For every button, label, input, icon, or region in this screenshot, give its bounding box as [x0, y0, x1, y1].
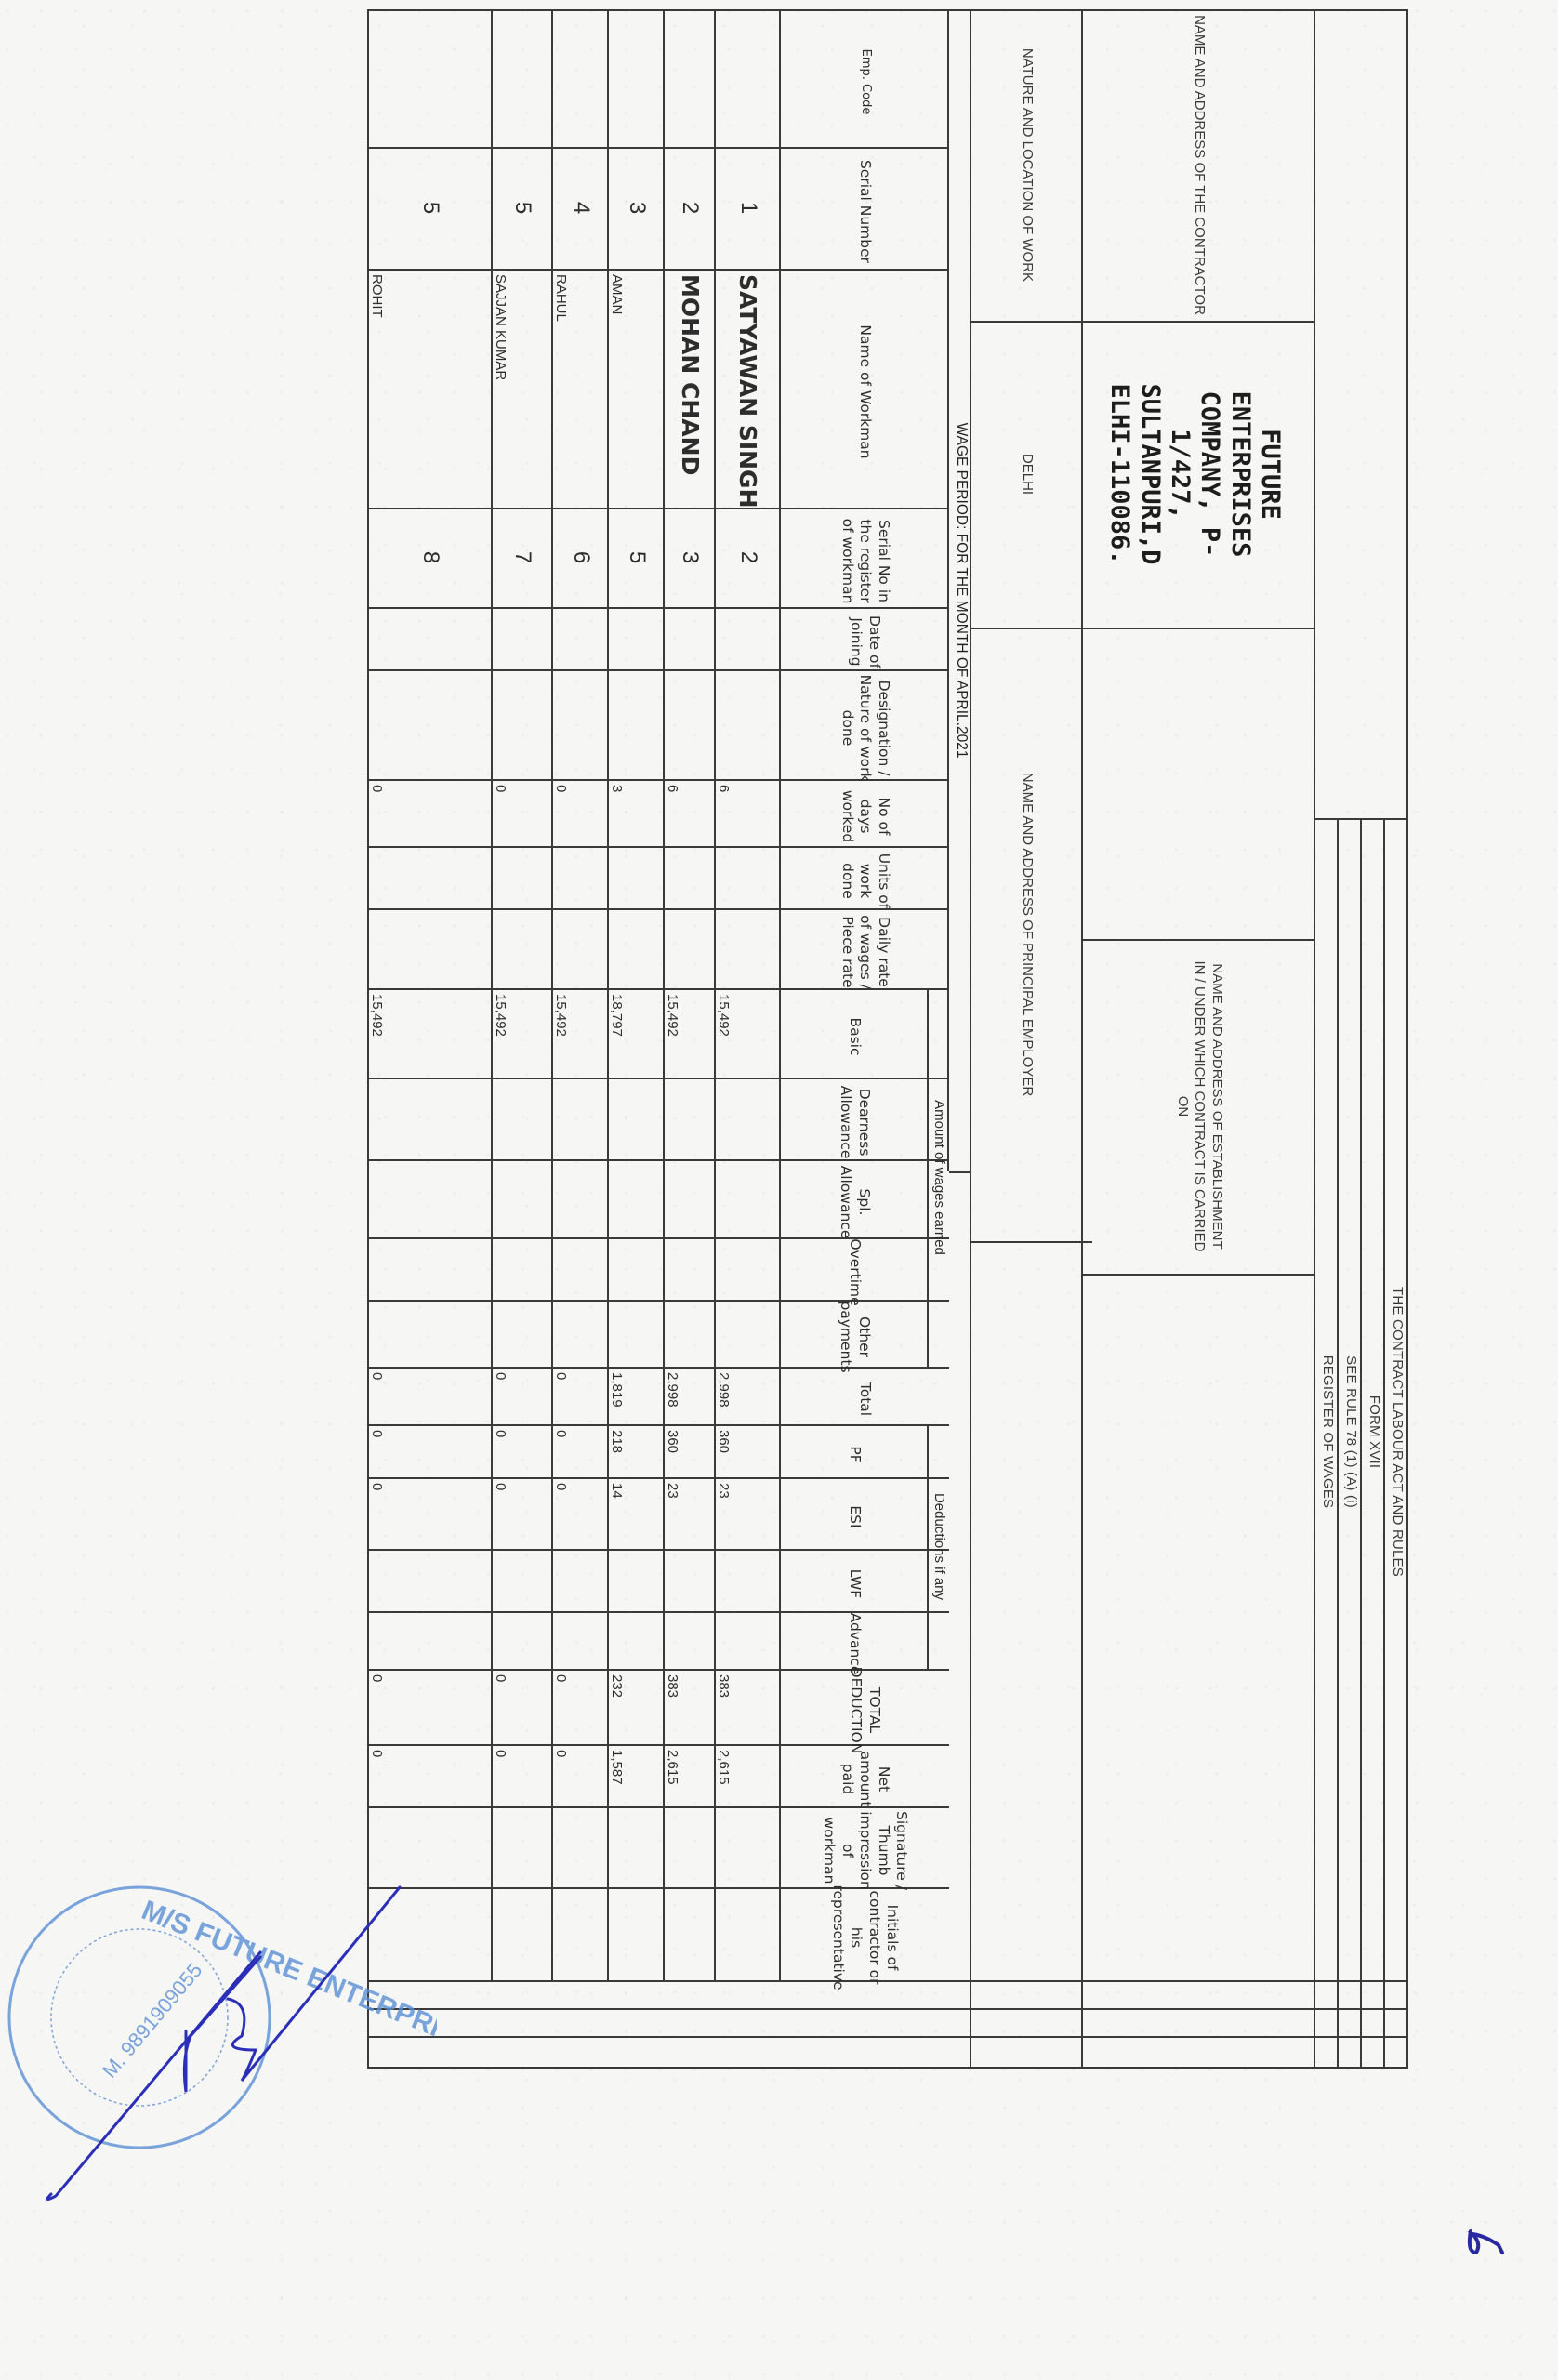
column-header-units: Units of work done	[781, 846, 949, 916]
nature-of-work-label: NATURE AND LOCATION OF WORK	[971, 9, 1083, 321]
table-cell-total: 1,819	[605, 1367, 665, 1430]
table-cell-units	[712, 846, 781, 914]
table-cell-register-serial: 3	[665, 508, 716, 607]
table-cell-doj	[661, 607, 716, 675]
table-cell-net: 1,587	[605, 1744, 665, 1812]
table-cell-da	[605, 1078, 665, 1165]
table-cell-advance	[549, 1611, 609, 1674]
table-cell-pf: 0	[489, 1424, 553, 1483]
column-header-total: Total	[781, 1367, 949, 1432]
table-cell-pf: 0	[549, 1424, 609, 1483]
table-cell-da	[489, 1078, 553, 1165]
grid-line	[1314, 9, 1315, 818]
table-cell-initials	[605, 1887, 665, 1986]
table-cell-lwf	[605, 1549, 665, 1617]
grid-line	[1337, 818, 1339, 2069]
grid-line	[971, 1241, 1092, 1243]
table-cell-emp-code	[489, 9, 553, 152]
table-cell-register-serial: 6	[553, 508, 609, 607]
establishment-value	[1083, 1274, 1315, 2069]
grid-line	[1314, 818, 1315, 2069]
table-cell-other	[489, 1300, 553, 1372]
table-cell-pf: 360	[661, 1424, 716, 1483]
table-cell-units	[549, 846, 609, 914]
table-cell-net: 0	[549, 1744, 609, 1812]
table-cell-esi: 0	[365, 1477, 493, 1554]
table-cell-name: SATYAWAN SINGH	[716, 269, 781, 513]
table-cell-other	[712, 1300, 781, 1372]
column-header-doj: Date of Joining	[781, 607, 949, 677]
table-cell-ot	[489, 1237, 553, 1305]
table-cell-doj	[365, 607, 493, 675]
table-cell-serial: 2	[665, 147, 716, 269]
table-cell-basic: 15,492	[365, 988, 493, 1083]
contractor-label: NAME AND ADDRESS OF THE CONTRACTOR	[1083, 9, 1315, 321]
table-cell-ot	[661, 1237, 716, 1305]
table-cell-emp-code	[549, 9, 609, 152]
table-cell-other	[365, 1300, 493, 1372]
table-cell-total-deduction: 0	[365, 1669, 493, 1750]
grid-line	[1081, 9, 1083, 2069]
table-cell-initials	[712, 1887, 781, 1986]
table-cell-doj	[489, 607, 553, 675]
table-cell-initials	[549, 1887, 609, 1986]
column-header-rate: Daily rate of wages / Piece rate	[781, 908, 949, 996]
table-cell-rate	[712, 908, 781, 994]
table-cell-days: 0	[549, 779, 609, 852]
table-cell-serial: 1	[716, 147, 781, 269]
table-cell-total-deduction: 383	[712, 1669, 781, 1750]
table-cell-advance	[605, 1611, 665, 1674]
table-cell-signature	[489, 1806, 553, 1893]
table-cell-other	[605, 1300, 665, 1372]
table-cell-designation	[549, 669, 609, 785]
table-cell-lwf	[365, 1549, 493, 1617]
table-cell-other	[661, 1300, 716, 1372]
table-cell-serial: 5	[493, 147, 553, 269]
table-cell-net: 2,615	[661, 1744, 716, 1812]
table-cell-emp-code	[661, 9, 716, 152]
table-cell-spl	[489, 1159, 553, 1243]
table-cell-days: 3	[605, 779, 665, 852]
table-cell-lwf	[661, 1549, 716, 1617]
table-cell-days: 0	[489, 779, 553, 852]
table-cell-basic: 15,492	[549, 988, 609, 1083]
table-cell-name: RAHUL	[549, 269, 609, 513]
grid-line	[367, 2036, 1408, 2038]
column-header-serial: Serial Number	[781, 147, 949, 276]
act-title: THE CONTRACT LABOUR ACT AND RULES	[1385, 827, 1408, 2036]
table-cell-rate	[605, 908, 665, 994]
column-header-total-deduction: TOTAL DEDUCTION	[781, 1669, 949, 1752]
table-cell-da	[549, 1078, 609, 1165]
stamp-inner-text: M. 9891909055	[98, 1958, 206, 2082]
table-cell-esi: 23	[661, 1477, 716, 1554]
register-of-wages-form: THE CONTRACT LABOUR ACT AND RULES FORM X…	[367, 9, 1408, 2069]
table-cell-signature	[605, 1806, 665, 1893]
table-cell-basic: 15,492	[661, 988, 716, 1083]
table-cell-net: 0	[365, 1744, 493, 1812]
table-cell-emp-code	[712, 9, 781, 152]
table-cell-total: 2,998	[712, 1367, 781, 1430]
table-cell-units	[365, 846, 493, 914]
table-cell-spl	[712, 1159, 781, 1243]
grid-line	[1083, 939, 1315, 941]
table-cell-designation	[605, 669, 665, 785]
table-cell-total: 0	[365, 1367, 493, 1430]
signature-icon	[47, 1887, 400, 2200]
table-cell-ot	[549, 1237, 609, 1305]
column-header-ot: Overtime	[781, 1237, 929, 1307]
table-cell-register-serial: 5	[609, 508, 665, 607]
column-header-basic: Basic	[781, 988, 929, 1085]
table-cell-net: 0	[489, 1744, 553, 1812]
table-cell-total: 0	[549, 1367, 609, 1430]
table-cell-signature	[365, 1806, 493, 1893]
table-cell-advance	[365, 1611, 493, 1674]
table-cell-net: 2,615	[712, 1744, 781, 1812]
column-header-spl: Spl. Allowance	[781, 1159, 929, 1245]
table-cell-total: 2,998	[661, 1367, 716, 1430]
table-cell-emp-code	[365, 9, 493, 152]
table-cell-lwf	[712, 1549, 781, 1617]
table-cell-units	[661, 846, 716, 914]
table-cell-doj	[549, 607, 609, 675]
table-cell-signature	[712, 1806, 781, 1893]
table-cell-basic: 15,492	[712, 988, 781, 1083]
table-cell-register-serial: 8	[369, 508, 493, 607]
establishment-label: NAME AND ADDRESS OF ESTABLISHMENT IN / U…	[1083, 939, 1315, 1274]
table-cell-initials	[661, 1887, 716, 1986]
group-header-wages-earned: Amount of wages earned	[929, 988, 949, 1367]
table-cell-spl	[549, 1159, 609, 1243]
table-cell-basic: 15,492	[489, 988, 553, 1083]
handwritten-page-mark	[1459, 2227, 1515, 2273]
table-cell-rate	[661, 908, 716, 994]
grid-line	[1083, 628, 1315, 629]
table-cell-pf: 0	[365, 1424, 493, 1483]
column-header-esi: ESI	[781, 1477, 929, 1556]
table-cell-register-serial: 7	[493, 508, 553, 607]
table-cell-signature	[661, 1806, 716, 1893]
column-header-da: Dearness Allowance	[781, 1078, 929, 1167]
rule-reference: SEE RULE 78 (1) (A) (i)	[1339, 827, 1362, 2036]
table-cell-other	[549, 1300, 609, 1372]
grid-line	[1315, 818, 1408, 820]
grid-line	[949, 1171, 971, 1173]
table-cell-register-serial: 2	[716, 508, 781, 607]
contractor-name-address: FUTURE ENTERPRISES COMPANY, P- 1/427, SU…	[1083, 321, 1306, 628]
table-cell-total-deduction: 0	[549, 1669, 609, 1750]
table-cell-basic: 18,797	[605, 988, 665, 1083]
table-cell-initials	[365, 1887, 493, 1986]
column-header-net: Net amount paid	[781, 1744, 949, 1814]
table-cell-name: MOHAN CHAND	[665, 269, 716, 513]
table-cell-designation	[489, 669, 553, 785]
table-cell-lwf	[489, 1549, 553, 1617]
table-cell-name: SAJJAN KUMAR	[489, 269, 553, 513]
table-cell-total-deduction: 232	[605, 1669, 665, 1750]
principal-employer-value	[971, 1241, 1083, 2069]
table-cell-da	[365, 1078, 493, 1165]
grid-line	[970, 9, 971, 2069]
table-cell-advance	[489, 1611, 553, 1674]
table-cell-spl	[605, 1159, 665, 1243]
table-cell-lwf	[549, 1549, 609, 1617]
table-cell-designation	[712, 669, 781, 785]
table-cell-days: 6	[661, 779, 716, 852]
table-cell-units	[605, 846, 665, 914]
table-cell-doj	[712, 607, 781, 675]
principal-employer-label: NAME AND ADDRESS OF PRINCIPAL EMPLOYER	[971, 628, 1083, 1241]
form-number: FORM XVII	[1362, 827, 1385, 2036]
column-header-signature: Signature / Thumb impression of workman	[781, 1806, 949, 1895]
grid-line	[1360, 818, 1362, 2069]
group-header-deductions: Deductions if any	[929, 1424, 949, 1669]
column-header-name: Name of Workman	[781, 269, 949, 515]
grid-line	[1406, 9, 1408, 2069]
table-cell-serial: 4	[553, 147, 609, 269]
table-cell-units	[489, 846, 553, 914]
table-cell-esi: 0	[489, 1477, 553, 1554]
table-cell-esi: 14	[605, 1477, 665, 1554]
table-cell-da	[661, 1078, 716, 1165]
grid-line	[367, 2008, 1408, 2010]
table-cell-name: ROHIT	[365, 269, 493, 513]
table-cell-days: 0	[365, 779, 493, 852]
table-cell-designation	[661, 669, 716, 785]
table-cell-spl	[661, 1159, 716, 1243]
column-header-register-serial: Serial No in the register of workman	[781, 508, 949, 615]
table-cell-pf: 218	[605, 1424, 665, 1483]
grid-line	[971, 321, 1315, 323]
grid-line	[367, 2067, 1408, 2069]
column-header-pf: PF	[781, 1424, 929, 1485]
column-header-initials: Initials of contractor or his representa…	[781, 1887, 949, 1988]
column-header-designation: Designation / Nature of work done	[781, 669, 949, 787]
grid-line	[1383, 818, 1385, 2069]
grid-line	[971, 628, 1092, 629]
table-cell-advance	[661, 1611, 716, 1674]
table-cell-name: AMAN	[605, 269, 665, 513]
wage-period: WAGE PERIOD: FOR THE MONTH OF APRIL.2021	[951, 9, 971, 1171]
nature-of-work-value: DELHI	[971, 321, 1083, 628]
table-cell-designation	[365, 669, 493, 785]
table-cell-ot	[605, 1237, 665, 1305]
table-cell-signature	[549, 1806, 609, 1893]
table-cell-serial: 3	[609, 147, 665, 269]
table-cell-pf: 360	[712, 1424, 781, 1483]
table-cell-rate	[489, 908, 553, 994]
table-cell-total-deduction: 383	[661, 1669, 716, 1750]
table-cell-total: 0	[489, 1367, 553, 1430]
table-cell-days: 6	[712, 779, 781, 852]
table-cell-spl	[365, 1159, 493, 1243]
table-cell-advance	[712, 1611, 781, 1674]
column-header-emp-code: Emp. Code	[781, 9, 949, 154]
table-cell-ot	[712, 1237, 781, 1305]
table-cell-ot	[365, 1237, 493, 1305]
table-cell-rate	[365, 908, 493, 994]
table-cell-rate	[549, 908, 609, 994]
table-cell-esi: 0	[549, 1477, 609, 1554]
register-title: REGISTER OF WAGES	[1315, 827, 1339, 2036]
table-cell-initials	[489, 1887, 553, 1986]
table-cell-total-deduction: 0	[489, 1669, 553, 1750]
table-cell-esi: 23	[712, 1477, 781, 1554]
table-cell-doj	[605, 607, 665, 675]
table-cell-emp-code	[605, 9, 665, 152]
column-header-other: Other payments	[781, 1300, 929, 1374]
column-header-lwf: LWF	[781, 1549, 929, 1619]
table-cell-da	[712, 1078, 781, 1165]
table-cell-serial: 5	[369, 147, 493, 269]
grid-line	[1083, 1274, 1315, 1276]
column-header-days: No of days worked	[781, 779, 949, 853]
